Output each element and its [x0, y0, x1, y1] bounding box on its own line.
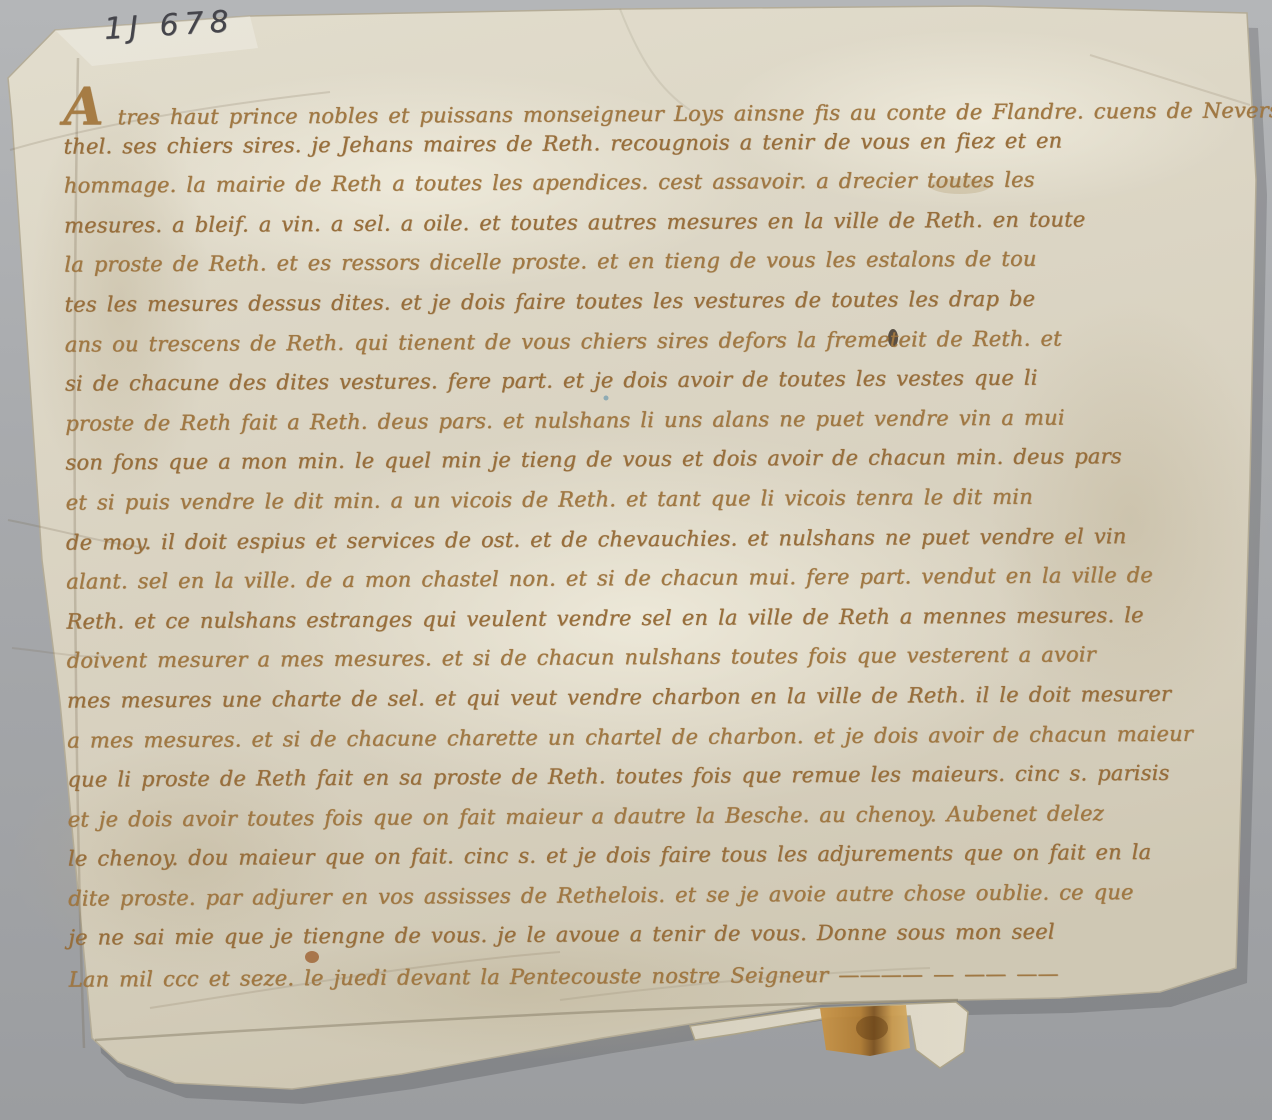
manuscript-text: A tres haut prince nobles et puissans mo… [63, 80, 1269, 1000]
manuscript-line: A tres haut prince nobles et puissans mo… [63, 80, 1263, 127]
seal-tag-stain [856, 1016, 888, 1040]
manuscript-line: son fons que a mon min. le quel min je t… [65, 437, 1265, 484]
manuscript-line: que li proste de Reth fait en sa proste … [67, 753, 1267, 800]
manuscript-line: mesures. a bleif. a vin. a sel. a oile. … [64, 199, 1264, 246]
manuscript-line: dite proste. par adjurer en vos assisses… [68, 872, 1268, 919]
photo-background: 1J 678 A tres haut prince nobles et puis… [0, 0, 1272, 1120]
manuscript-line: je ne sai mie que je tiengne de vous. je… [68, 912, 1268, 959]
manuscript-line: mes mesures une charte de sel. et qui ve… [67, 674, 1267, 721]
manuscript-line: Lan mil ccc et seze. le juedi devant la … [69, 953, 1269, 1000]
manuscript-line: alant. sel en la ville. de a mon chastel… [66, 555, 1266, 602]
